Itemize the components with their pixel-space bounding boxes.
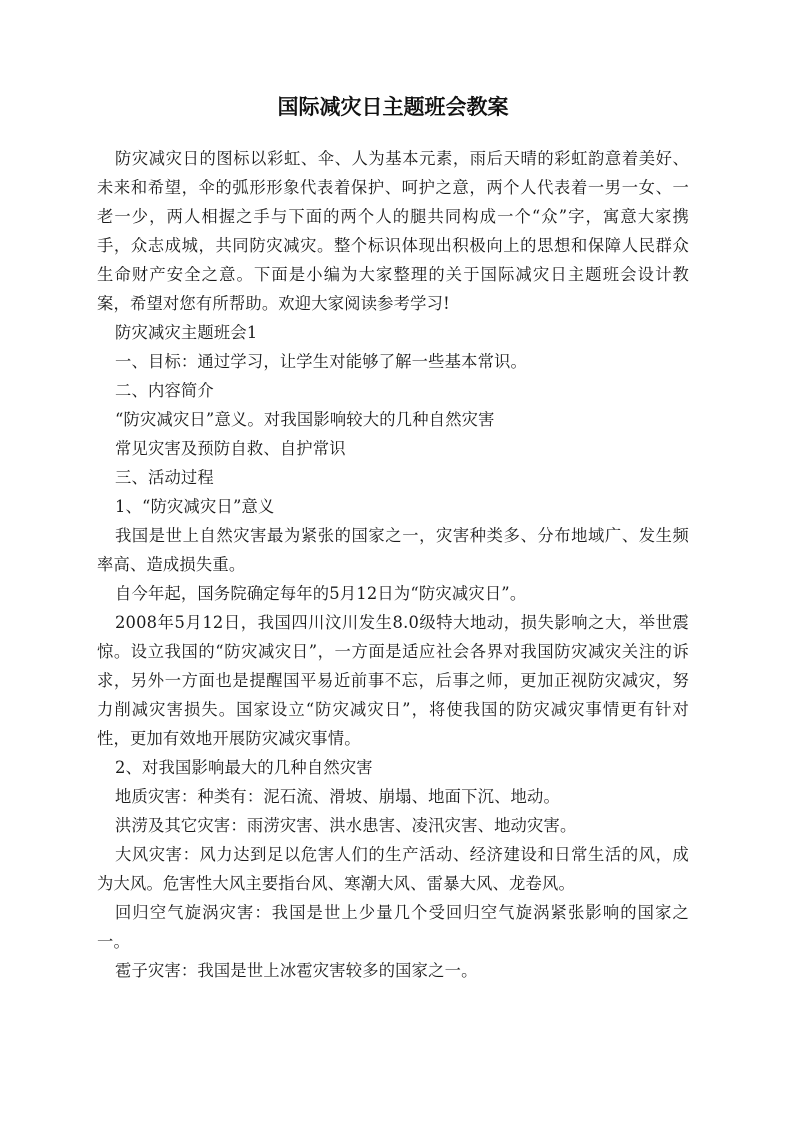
paragraph-cyclone: 回归空气旋涡灾害：我国是世上少量几个受回归空气旋涡紧张影响的国家之一。 — [97, 898, 689, 956]
subheading-meaning: 1、“防灾减灾日”意义 — [97, 492, 689, 521]
paragraph-geological: 地质灾害：种类有：泥石流、滑坡、崩塌、地面下沉、地动。 — [97, 782, 689, 811]
paragraph-hail: 雹子灾害：我国是世上冰雹灾害较多的国家之一。 — [97, 956, 689, 985]
intro-paragraph: 防灾减灾日的图标以彩虹、伞、人为基本元素，雨后天晴的彩虹韵意着美好、未来和希望，… — [97, 144, 689, 318]
content-summary-item-2: 常见灾害及预防自救、自护常识 — [97, 434, 689, 463]
document-title: 国际减灾日主题班会教案 — [97, 92, 689, 122]
paragraph-wind: 大风灾害：风力达到足以危害人们的生产活动、经济建设和日常生活的风，成为大风。危害… — [97, 840, 689, 898]
paragraph-may-12: 自今年起，国务院确定每年的5月12日为“防灾减灾日”。 — [97, 579, 689, 608]
paragraph-2008-earthquake: 2008年5月12日，我国四川汶川发生8.0级特大地动，损失影响之大，举世震惊。… — [97, 608, 689, 753]
objective-paragraph: 一、目标：通过学习，让学生对能够了解一些基本常识。 — [97, 347, 689, 376]
paragraph-flood: 洪涝及其它灾害：雨涝灾害、洪水患害、凌汛灾害、地动灾害。 — [97, 811, 689, 840]
section-heading-class-meeting-1: 防灾减灾主题班会1 — [97, 318, 689, 347]
content-summary-heading: 二、内容简介 — [97, 376, 689, 405]
content-summary-item-1: “防灾减灾日”意义。对我国影响较大的几种自然灾害 — [97, 405, 689, 434]
activity-process-heading: 三、活动过程 — [97, 463, 689, 492]
document-page: 国际减灾日主题班会教案 防灾减灾日的图标以彩虹、伞、人为基本元素，雨后天晴的彩虹… — [97, 92, 689, 985]
paragraph-disaster-severity: 我国是世上自然灾害最为紧张的国家之一，灾害种类多、分布地域广、发生频率高、造成损… — [97, 521, 689, 579]
subheading-major-disasters: 2、对我国影响最大的几种自然灾害 — [97, 753, 689, 782]
